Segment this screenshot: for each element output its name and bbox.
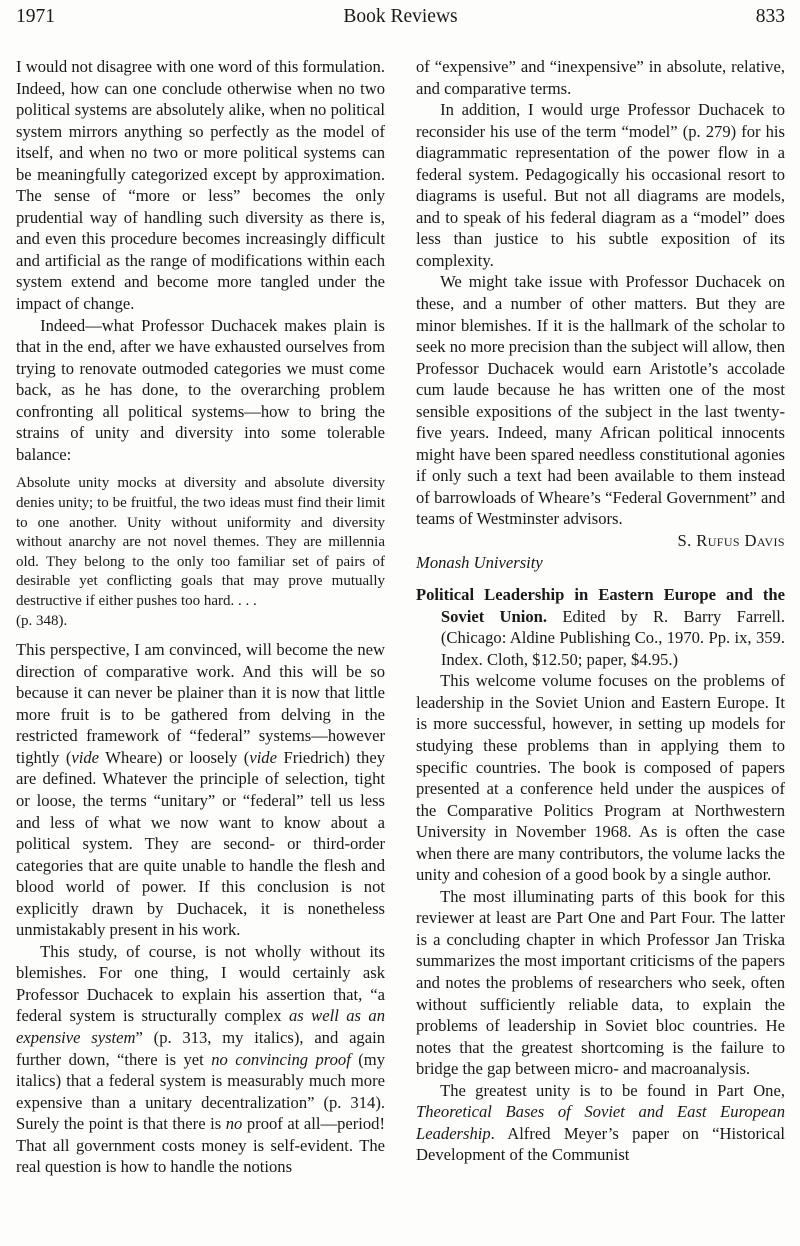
running-title: Book Reviews	[343, 5, 457, 28]
page-header: 1971 Book Reviews 833	[16, 5, 785, 28]
block-quote-page-ref: (p. 348).	[16, 612, 385, 632]
review-paragraph: We might take issue with Professor Ducha…	[416, 271, 785, 530]
review-paragraph: The most illuminating parts of this book…	[416, 886, 785, 1080]
review-paragraph: Indeed—what Professor Duchacek makes pla…	[16, 315, 385, 466]
review-paragraph: This study, of course, is not wholly wit…	[16, 941, 385, 1178]
page-number: 833	[458, 5, 785, 28]
review-paragraph: This welcome volume focuses on the probl…	[416, 670, 785, 885]
left-column: I would not disagree with one word of th…	[16, 56, 385, 1178]
block-quote: Absolute unity mocks at diversity and ab…	[16, 474, 385, 631]
review-paragraph-continuation: I would not disagree with one word of th…	[16, 56, 385, 315]
reviewer-signature: S. Rufus Davis	[416, 530, 785, 552]
review-paragraph: In addition, I would urge Professor Duch…	[416, 99, 785, 271]
book-citation: Political Leadership in Eastern Europe a…	[416, 584, 785, 670]
year-label: 1971	[16, 5, 343, 28]
reviewer-affiliation: Monash University	[416, 552, 785, 574]
right-column: of “expensive” and “inexpensive” in abso…	[416, 56, 785, 1178]
review-paragraph: This perspective, I am convinced, will b…	[16, 639, 385, 941]
review-paragraph: The greatest unity is to be found in Par…	[416, 1080, 785, 1166]
journal-page: 1971 Book Reviews 833 I would not disagr…	[0, 0, 800, 1246]
block-quote-text: Absolute unity mocks at diversity and ab…	[16, 474, 385, 611]
review-paragraph-continuation: of “expensive” and “inexpensive” in abso…	[416, 56, 785, 99]
two-column-body: I would not disagree with one word of th…	[16, 56, 785, 1178]
